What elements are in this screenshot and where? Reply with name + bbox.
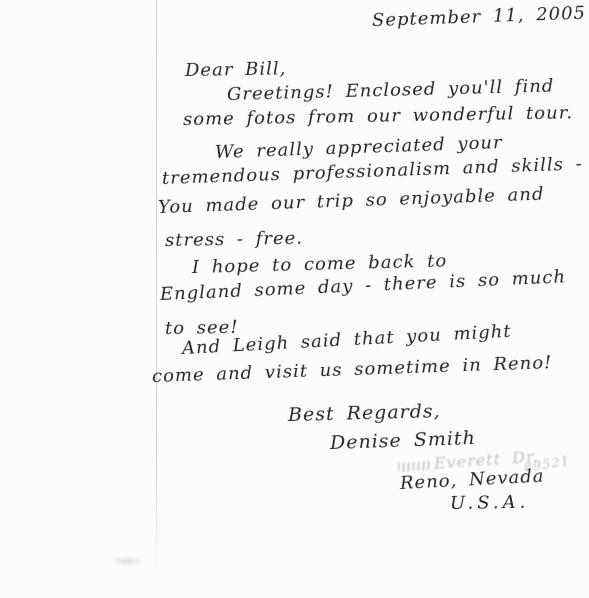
address-country: U.S.A. [450, 492, 530, 514]
letter-body-line: Greetings! Enclosed you'll find [227, 75, 555, 105]
letter-date: September 11, 2005 [372, 3, 587, 31]
letter-body-line: stress - free. [165, 228, 303, 251]
letter-body-line: You made our trip so enjoyable and [158, 184, 545, 218]
letter-salutation: Dear Bill, [185, 58, 287, 81]
letter-closing: Best Regards, [288, 400, 441, 426]
erased-house-number-scribble [398, 461, 431, 472]
scanned-letter-page: September 11, 2005 Dear Bill, Greetings!… [0, 0, 589, 598]
letter-body-line: some fotos from our wonderful tour. [183, 102, 573, 130]
letter-signature: Denise Smith [330, 427, 476, 454]
paper-smudge [110, 556, 144, 566]
paper-crease-line [156, 0, 157, 572]
